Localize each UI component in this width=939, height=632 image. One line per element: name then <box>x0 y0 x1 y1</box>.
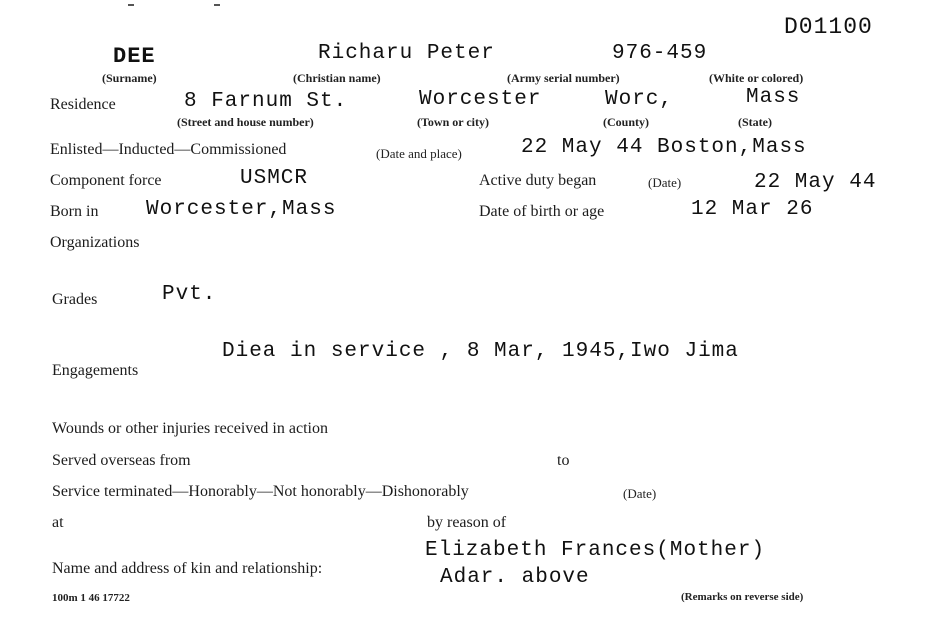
enlistment-date-place-label: (Date and place) <box>376 146 462 162</box>
kin-address-value: Adar. above <box>440 566 590 589</box>
christian-name-value: Richaru Peter <box>318 42 495 65</box>
birth-date-label: Date of birth or age <box>479 203 604 221</box>
birth-date-value: 12 Mar 26 <box>691 198 813 221</box>
serial-number-value: 976-459 <box>612 42 707 65</box>
state-label: (State) <box>738 115 772 130</box>
born-in-label: Born in <box>50 203 98 221</box>
race-label: (White or colored) <box>709 71 803 86</box>
surname-label: (Surname) <box>102 71 157 86</box>
termination-at-label: at <box>52 514 64 532</box>
county-label: (County) <box>603 115 649 130</box>
street-label: (Street and house number) <box>177 115 314 130</box>
grades-value: Pvt. <box>162 283 216 306</box>
scan-mark <box>214 4 220 6</box>
active-duty-date-label: (Date) <box>648 175 681 191</box>
christian-name-label: (Christian name) <box>293 71 381 86</box>
residence-state-value: Mass <box>746 86 800 109</box>
residence-county-value: Worc, <box>605 88 673 111</box>
termination-reason-label: by reason of <box>427 514 506 532</box>
form-number: 100m 1 46 17722 <box>52 592 130 604</box>
active-duty-label: Active duty began <box>479 172 596 190</box>
residence-street-value: 8 Farnum St. <box>184 90 347 113</box>
grades-label: Grades <box>52 291 97 309</box>
town-label: (Town or city) <box>417 115 489 130</box>
engagements-label: Engagements <box>52 362 138 380</box>
overseas-from-label: Served overseas from <box>52 452 191 470</box>
serial-number-label: (Army serial number) <box>507 71 620 86</box>
residence-town-value: Worcester <box>419 88 541 111</box>
service-record-card: D01100 DEE Richaru Peter 976-459 (Surnam… <box>0 0 939 632</box>
kin-label: Name and address of kin and relationship… <box>52 560 322 578</box>
component-force-value: USMCR <box>240 167 308 190</box>
termination-date-label: (Date) <box>623 486 656 502</box>
record-id: D01100 <box>784 14 873 40</box>
engagements-value: Diea in service , 8 Mar, 1945,Iwo Jima <box>222 340 739 363</box>
enlistment-label: Enlisted—Inducted—Commissioned <box>50 141 286 159</box>
enlistment-value: 22 May 44 Boston,Mass <box>521 136 807 159</box>
termination-label: Service terminated—Honorably—Not honorab… <box>52 483 469 501</box>
scan-mark <box>128 4 134 6</box>
surname-value: DEE <box>113 44 156 69</box>
organizations-label: Organizations <box>50 234 139 252</box>
born-in-value: Worcester,Mass <box>146 198 336 221</box>
kin-name-value: Elizabeth Frances(Mother) <box>425 539 765 562</box>
wounds-label: Wounds or other injuries received in act… <box>52 420 328 438</box>
residence-label: Residence <box>50 96 116 114</box>
overseas-to-label: to <box>557 452 569 470</box>
remarks-label: (Remarks on reverse side) <box>681 591 803 603</box>
active-duty-value: 22 May 44 <box>754 171 876 194</box>
component-force-label: Component force <box>50 172 162 190</box>
